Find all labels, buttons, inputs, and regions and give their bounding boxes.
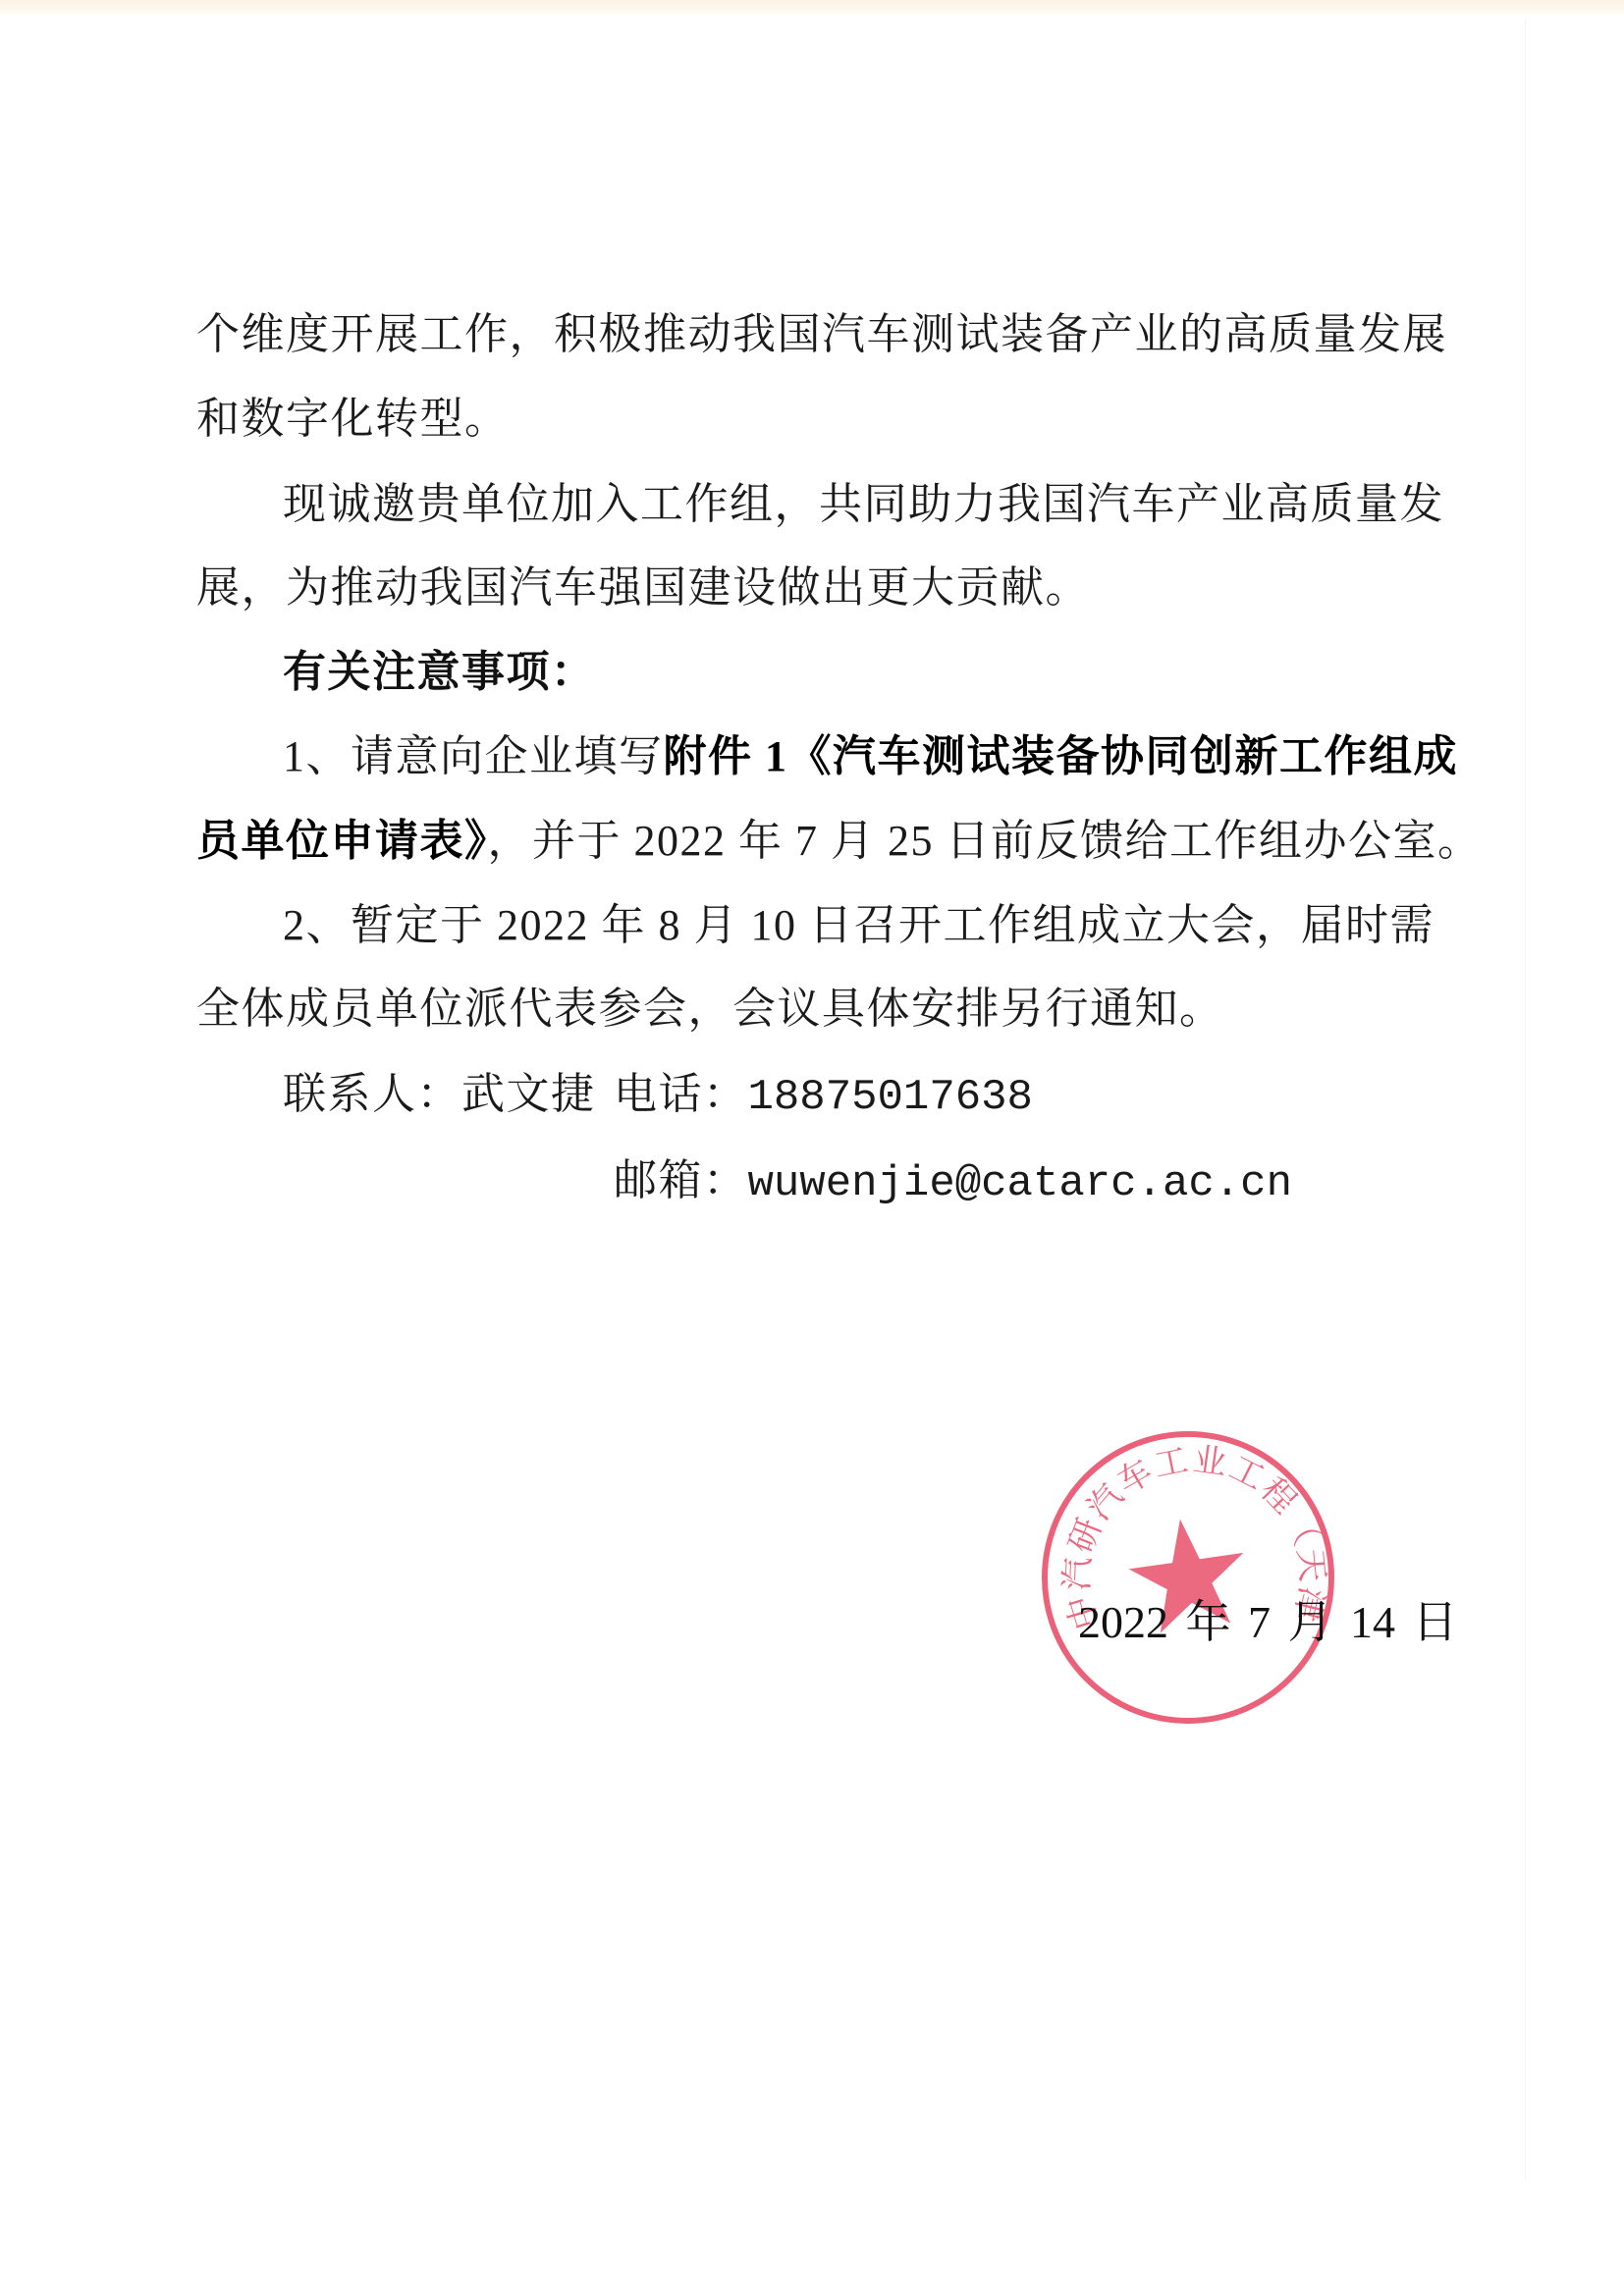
item-1-line-2: 员单位申请表》，并于 2022 年 7 月 25 日前反馈给工作组办公室。 [196, 817, 1414, 866]
paragraph-1-line-2: 和数字化转型。 [196, 395, 1414, 444]
official-seal-icon: 中汽研汽车工业工程（天津）有限公司 [1039, 1428, 1337, 1727]
attachment-title-part-1: 附件 1《汽车测试装备协同创新工作组成 [664, 732, 1459, 780]
email-line: 邮箱：wuwenjie@catarc.ac.cn [614, 1156, 1292, 1208]
email-label: 邮箱： [614, 1156, 748, 1204]
phone-label: 电话： [614, 1070, 748, 1118]
signature-date: 2022 年 7 月 14 日 [1078, 1598, 1458, 1647]
item-1-line-1: 1、请意向企业填写附件 1《汽车测试装备协同创新工作组成 [283, 732, 1414, 781]
item-2-line-2: 全体成员单位派代表参会，会议具体安排另行通知。 [196, 985, 1414, 1034]
attachment-title-part-2: 员单位申请表》 [196, 817, 488, 865]
item-1-prefix: 1、请意向企业填写 [283, 732, 664, 780]
phone-line: 电话：18875017638 [614, 1070, 1033, 1122]
contact-person-name: 武文捷 [461, 1070, 596, 1118]
phone-number: 18875017638 [748, 1073, 1033, 1122]
scan-top-edge [0, 0, 1624, 16]
contact-person-label: 联系人： [283, 1070, 461, 1118]
paragraph-2-line-2: 展，为推动我国汽车强国建设做出更大贡献。 [196, 563, 1414, 613]
scan-right-edge [1525, 20, 1526, 2179]
notes-heading: 有关注意事项： [283, 648, 1414, 697]
item-1-suffix: ，并于 2022 年 7 月 25 日前反馈给工作组办公室。 [488, 817, 1483, 865]
item-2-line-1: 2、暂定于 2022 年 8 月 10 日召开工作组成立大会，届时需 [283, 901, 1414, 950]
paragraph-1-line-1: 个维度开展工作，积极推动我国汽车测试装备产业的高质量发展 [196, 310, 1414, 359]
email-address: wuwenjie@catarc.ac.cn [748, 1159, 1293, 1208]
paragraph-2-line-1: 现诚邀贵单位加入工作组，共同助力我国汽车产业高质量发 [283, 480, 1414, 529]
